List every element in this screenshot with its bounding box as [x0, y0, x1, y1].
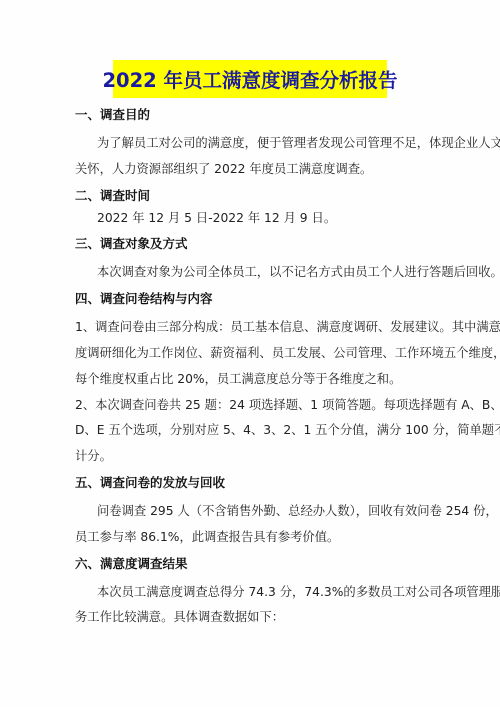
section-purpose: 一、调查目的 为了解员工对公司的满意度，便于管理者发现公司管理不足，体现企业人文… [75, 105, 427, 183]
text-line: 度调研细化为工作岗位、薪资福利、员工发展、公司管理、工作环境五个维度， [75, 341, 427, 367]
section-heading: 一、调查目的 [75, 105, 427, 125]
text-line: 2、本次调查问卷共 25 题：24 项选择题、1 项简答题。每项选择题有 A、B… [75, 393, 427, 419]
section-heading: 三、调查对象及方式 [75, 234, 427, 254]
text-line: 为了解员工对公司的满意度，便于管理者发现公司管理不足，体现企业人文 [75, 131, 427, 157]
section-heading: 四、调查问卷结构与内容 [75, 289, 427, 309]
text-line: D、E 五个选项，分别对应 5、4、3、2、1 五个分值，满分 100 分，简单… [75, 418, 427, 444]
document-title: 2022 年员工满意度调查分析报告 [102, 65, 397, 93]
section-heading: 六、满意度调查结果 [75, 554, 427, 574]
section-time: 二、调查时间 2022 年 12 月 5 日-2022 年 12 月 9 日。 [75, 186, 427, 232]
section-heading: 二、调查时间 [75, 186, 427, 206]
text-line: 问卷调查 295 人（不含销售外勤、总经办人数），回收有效问卷 254 份， [75, 499, 427, 525]
text-line: 务工作比较满意。具体调查数据如下： [75, 605, 427, 631]
section-heading: 五、调查问卷的发放与回收 [75, 473, 427, 493]
document-body: 一、调查目的 为了解员工对公司的满意度，便于管理者发现公司管理不足，体现企业人文… [75, 105, 427, 631]
section-distribution: 五、调查问卷的发放与回收 问卷调查 295 人（不含销售外勤、总经办人数），回收… [75, 473, 427, 551]
text-line: 关怀，人力资源部组织了 2022 年度员工满意度调查。 [75, 157, 427, 183]
section-results: 六、满意度调查结果 本次员工满意度调查总得分 74.3 分，74.3%的多数员工… [75, 554, 427, 632]
section-structure: 四、调查问卷结构与内容 1、调查问卷由三部分构成：员工基本信息、满意度调研、发展… [75, 289, 427, 470]
text-line: 计分。 [75, 444, 427, 470]
text-line: 2022 年 12 月 5 日-2022 年 12 月 9 日。 [75, 206, 427, 232]
text-line: 本次调查对象为公司全体员工，以不记名方式由员工个人进行答题后回收。 [75, 260, 427, 286]
paragraph: 为了解员工对公司的满意度，便于管理者发现公司管理不足，体现企业人文 关怀，人力资… [75, 131, 427, 183]
paragraph: 本次员工满意度调查总得分 74.3 分，74.3%的多数员工对公司各项管理服 务… [75, 580, 427, 632]
paragraph: 2022 年 12 月 5 日-2022 年 12 月 9 日。 [75, 206, 427, 232]
text-line: 每个维度权重占比 20%，员工满意度总分等于各维度之和。 [75, 367, 427, 393]
paragraph: 本次调查对象为公司全体员工，以不记名方式由员工个人进行答题后回收。 [75, 260, 427, 286]
title-banner: 2022 年员工满意度调查分析报告 [113, 60, 387, 98]
text-line: 本次员工满意度调查总得分 74.3 分，74.3%的多数员工对公司各项管理服 [75, 580, 427, 606]
paragraph: 1、调查问卷由三部分构成：员工基本信息、满意度调研、发展建议。其中满意 度调研细… [75, 315, 427, 470]
section-target-method: 三、调查对象及方式 本次调查对象为公司全体员工，以不记名方式由员工个人进行答题后… [75, 234, 427, 286]
text-line: 1、调查问卷由三部分构成：员工基本信息、满意度调研、发展建议。其中满意 [75, 315, 427, 341]
paragraph: 问卷调查 295 人（不含销售外勤、总经办人数），回收有效问卷 254 份， 员… [75, 499, 427, 551]
document-page: 2022 年员工满意度调查分析报告 一、调查目的 为了解员工对公司的满意度，便于… [0, 0, 500, 707]
text-line: 员工参与率 86.1%，此调查报告具有参考价值。 [75, 525, 427, 551]
